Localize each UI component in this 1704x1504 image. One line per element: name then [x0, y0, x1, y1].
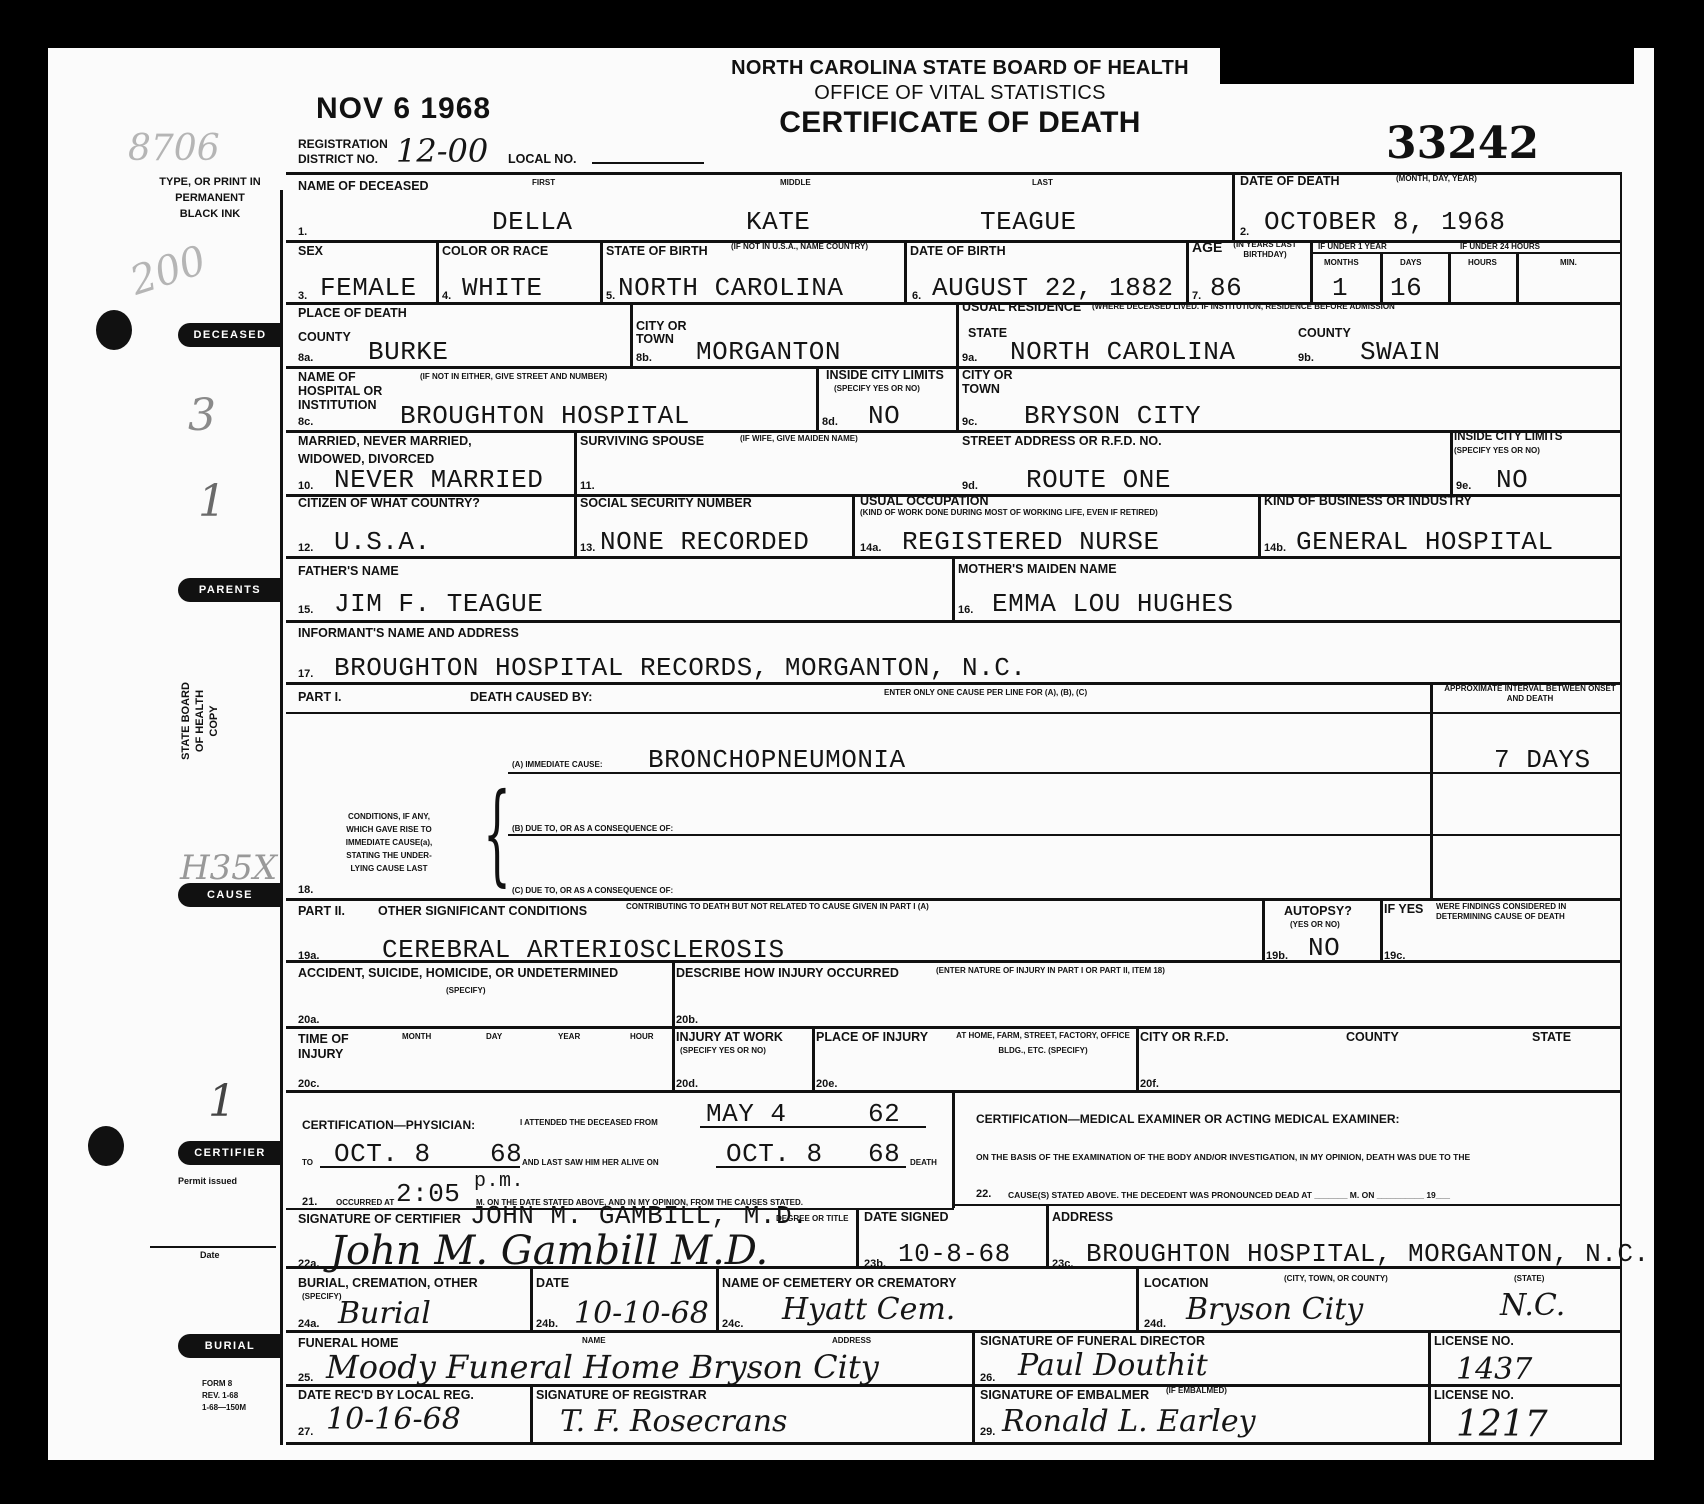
- physician-typed-name: JOHN M. GAMBILL, M.D.: [470, 1202, 808, 1230]
- ink-instructions: TYPE, OR PRINT IN PERMANENT BLACK INK: [140, 174, 280, 222]
- inside-limits-hint: (SPECIFY YES OR NO): [834, 384, 920, 394]
- form-bottom-border: [286, 1442, 1622, 1445]
- state-label: (STATE): [1514, 1274, 1544, 1284]
- certifier-address-label: ADDRESS: [1052, 1210, 1113, 1225]
- pencil-note: 8706: [128, 128, 220, 169]
- date-signed: 10-8-68: [898, 1240, 1011, 1268]
- date-of-death-label: DATE OF DEATH: [1240, 174, 1340, 189]
- part2-label: PART II.: [298, 904, 345, 919]
- attended-from-label: I ATTENDED THE DECEASED FROM: [520, 1118, 658, 1128]
- death-city: MORGANTON: [696, 338, 841, 366]
- director-license-label: LICENSE NO.: [1434, 1334, 1514, 1349]
- cemetery-label: NAME OF CEMETERY OR CREMATORY: [722, 1276, 957, 1291]
- injury-county-label: COUNTY: [1346, 1030, 1399, 1045]
- attended-to: OCT. 8: [334, 1140, 431, 1168]
- one-cause-hint: ENTER ONLY ONE CAUSE PER LINE FOR (a), (…: [884, 688, 1087, 698]
- row-line: [1310, 252, 1622, 254]
- name-label: NAME: [582, 1336, 606, 1346]
- registration-label: REGISTRATION: [298, 137, 388, 152]
- divider: [672, 960, 675, 1090]
- pencil-note: 1: [198, 476, 226, 527]
- permit-date-line: [150, 1246, 276, 1248]
- divider: [1136, 1266, 1139, 1330]
- location-label: LOCATION: [1144, 1276, 1208, 1291]
- place-of-death-label: PLACE OF DEATH: [298, 306, 407, 321]
- immediate-cause: BRONCHOPNEUMONIA: [648, 746, 906, 774]
- informant: BROUGHTON HOSPITAL RECORDS, MORGANTON, N…: [334, 654, 1026, 682]
- ssn-value: NONE RECORDED: [600, 528, 809, 556]
- embalmer-label: SIGNATURE OF EMBALMER: [980, 1388, 1149, 1403]
- divider: [1262, 898, 1265, 960]
- occupation: REGISTERED NURSE: [902, 528, 1160, 556]
- father-label: FATHER'S NAME: [298, 564, 399, 579]
- row-line: [286, 366, 1622, 369]
- if-yes-label: IF YES: [1384, 902, 1423, 917]
- autopsy-hint: (YES OR NO): [1290, 920, 1340, 930]
- pencil-note: 1: [208, 1076, 236, 1127]
- date-of-birth: AUGUST 22, 1882: [932, 274, 1174, 302]
- father-name: JIM F. TEAGUE: [334, 590, 543, 618]
- line-a: [508, 772, 1622, 774]
- sex-value: FEMALE: [320, 274, 417, 302]
- date-of-birth-label: DATE OF BIRTH: [910, 244, 1006, 259]
- certifier-address: BROUGHTON HOSPITAL, MORGANTON, N.C.: [1086, 1240, 1650, 1268]
- death-county: BURKE: [368, 338, 449, 366]
- res-inside-limits-label: INSIDE CITY LIMITS: [1454, 430, 1562, 445]
- marital-status: NEVER MARRIED: [334, 466, 543, 494]
- me-cert-label: CERTIFICATION—MEDICAL EXAMINER OR ACTING…: [976, 1112, 1400, 1127]
- divider: [1258, 494, 1261, 556]
- section-tab-certifier: CERTIFIER: [178, 1141, 282, 1165]
- days-label: DAYS: [1400, 258, 1422, 268]
- manner-label: ACCIDENT, SUICIDE, HOMICIDE, OR UNDETERM…: [298, 966, 618, 981]
- city-label: CITY OR TOWN: [636, 320, 696, 346]
- middle-label: MIDDLE: [780, 178, 811, 188]
- embalmer-signature: Ronald L. Earley: [1002, 1404, 1256, 1439]
- industry-label: KIND OF BUSINESS OR INDUSTRY: [1264, 494, 1472, 509]
- date-signed-label: DATE SIGNED: [864, 1210, 949, 1225]
- death-time: 2:05: [396, 1180, 460, 1208]
- residence-hint: (WHERE DECEASED LIVED. IF INSTITUTION, R…: [1092, 302, 1395, 312]
- industry: GENERAL HOSPITAL: [1296, 528, 1554, 556]
- disposition-hint: (SPECIFY): [302, 1292, 342, 1302]
- hospital-hint: (IF NOT IN EITHER, GIVE STREET AND NUMBE…: [420, 372, 607, 382]
- row-line: [286, 302, 1622, 305]
- location-hint: (CITY, TOWN, OR COUNTY): [1284, 1274, 1388, 1284]
- row-line: [286, 898, 1622, 901]
- time-day-label: DAY: [486, 1032, 502, 1042]
- min-label: MIN.: [1560, 258, 1577, 268]
- citizen-label: CITIZEN OF WHAT COUNTRY?: [298, 496, 480, 511]
- permit-date-label: Date: [200, 1250, 220, 1260]
- divider: [1232, 172, 1235, 240]
- divider: [436, 240, 439, 302]
- row-line: [286, 620, 1622, 623]
- funeral-director: Paul Douthit: [1018, 1348, 1208, 1383]
- disposition-label: BURIAL, CREMATION, OTHER: [298, 1276, 478, 1291]
- divider: [1380, 252, 1383, 302]
- days-value: 16: [1390, 274, 1422, 302]
- burial-date: 10-10-68: [574, 1296, 709, 1331]
- certificate-number: 33242: [1386, 118, 1539, 169]
- res-state-label: STATE: [968, 326, 1007, 341]
- row-line: [286, 960, 1622, 963]
- spouse-hint: (IF WIFE, GIVE MAIDEN NAME): [740, 434, 858, 444]
- scan-black-band: [1220, 48, 1634, 84]
- state-of-birth: NORTH CAROLINA: [618, 274, 843, 302]
- registrar-signature: T. F. Rosecrans: [560, 1404, 787, 1439]
- divider: [1448, 252, 1451, 302]
- county-label: COUNTY: [298, 330, 351, 345]
- part1-label: PART I.: [298, 690, 342, 705]
- state-of-birth-hint: (IF NOT IN U.S.A., NAME COUNTRY): [728, 242, 868, 252]
- occurred-label: OCCURRED AT: [336, 1198, 394, 1208]
- interval-label: APPROXIMATE INTERVAL BETWEEN ONSET AND D…: [1440, 684, 1620, 704]
- hours-label: HOURS: [1468, 258, 1497, 268]
- degree-label: DEGREE OR TITLE: [776, 1214, 848, 1224]
- me-text-2: CAUSE(S) STATED ABOVE. THE DECEDENT WAS …: [1008, 1190, 1450, 1200]
- row-line: [286, 430, 1622, 433]
- autopsy-value: NO: [1308, 934, 1340, 962]
- res-inside-limits: NO: [1496, 466, 1528, 494]
- physician-cert-label: CERTIFICATION—PHYSICIAN:: [302, 1118, 475, 1133]
- signature-label: SIGNATURE OF CERTIFIER: [298, 1212, 461, 1227]
- time-of-injury-label: TIME OF INJURY: [298, 1032, 368, 1062]
- divider: [530, 1384, 533, 1444]
- divider: [972, 1330, 975, 1444]
- sex-label: SEX: [298, 244, 323, 259]
- last-saw-date: OCT. 8: [726, 1140, 823, 1168]
- due-to-b-label: (b) DUE TO, OR AS A CONSEQUENCE OF:: [512, 824, 673, 834]
- burial-location: Bryson City: [1186, 1292, 1363, 1327]
- copy-label: STATE BOARD OF HEALTH COPY: [179, 671, 221, 771]
- age-hint: (IN YEARS LAST BIRTHDAY): [1224, 240, 1306, 260]
- attended-to-year: 68: [490, 1140, 522, 1168]
- director-label: SIGNATURE OF FUNERAL DIRECTOR: [980, 1334, 1205, 1349]
- office-name: OFFICE OF VITAL STATISTICS: [720, 82, 1200, 105]
- under-1-year-label: IF UNDER 1 YEAR: [1318, 242, 1387, 252]
- embalmer-license-label: LICENSE NO.: [1434, 1388, 1514, 1403]
- date-received: 10-16-68: [326, 1402, 461, 1437]
- row-line: [286, 682, 1622, 685]
- divider: [856, 1208, 859, 1266]
- months-value: 1: [1332, 274, 1348, 302]
- registrar-label: SIGNATURE OF REGISTRAR: [536, 1388, 707, 1403]
- divider: [600, 240, 603, 302]
- death-label: DEATH: [910, 1158, 937, 1168]
- street-label: STREET ADDRESS OR R.F.D. No.: [962, 434, 1162, 449]
- form-left-border: [280, 190, 283, 1445]
- punch-hole: [88, 1126, 124, 1166]
- divider: [952, 556, 955, 620]
- cemetery: Hyatt Cem.: [782, 1292, 955, 1327]
- burial-state: N.C.: [1500, 1288, 1565, 1323]
- district-number: 12-00: [396, 132, 488, 170]
- injury-desc-label: DESCRIBE HOW INJURY OCCURRED: [676, 966, 899, 981]
- manner-hint: (SPECIFY): [446, 986, 486, 996]
- local-no-label: LOCAL NO.: [508, 152, 577, 167]
- state-of-birth-label: STATE OF BIRTH: [606, 244, 708, 259]
- divider: [574, 430, 577, 494]
- section-tab-burial: BURIAL: [178, 1334, 282, 1358]
- informant-label: INFORMANT'S NAME AND ADDRESS: [298, 626, 519, 641]
- name-label: NAME OF DECEASED: [298, 179, 429, 194]
- local-no-line: [592, 162, 704, 164]
- last-label: LAST: [1032, 178, 1053, 188]
- time-hour-label: HOUR: [630, 1032, 654, 1042]
- divider: [812, 1026, 815, 1090]
- divider: [1136, 1026, 1139, 1090]
- attended-from: MAY 4: [706, 1100, 787, 1128]
- row-line: [286, 1266, 1622, 1269]
- section-tab-cause: CAUSE: [178, 883, 282, 907]
- punch-hole: [96, 310, 132, 350]
- pencil-note: H35X: [180, 848, 277, 888]
- date-hint: (MONTH, DAY, YEAR): [1396, 174, 1477, 184]
- last-saw-year: 68: [868, 1140, 900, 1168]
- inside-limits: NO: [868, 402, 900, 430]
- res-county-label: COUNTY: [1298, 326, 1351, 341]
- received-stamp: NOV 6 1968: [316, 92, 491, 126]
- permit-issued-label: Permit issued: [178, 1176, 237, 1186]
- place-of-injury-label: PLACE OF INJURY: [816, 1030, 928, 1045]
- due-to-c-label: (c) DUE TO, OR AS A CONSEQUENCE OF:: [512, 886, 673, 896]
- date-received-label: DATE REC'D BY LOCAL REG.: [298, 1388, 474, 1403]
- res-city: BRYSON CITY: [1024, 402, 1201, 430]
- time-year-label: YEAR: [558, 1032, 580, 1042]
- at-work-hint: (SPECIFY YES OR NO): [680, 1046, 766, 1056]
- race-label: COLOR OR RACE: [442, 244, 548, 259]
- citizenship: U.S.A.: [334, 528, 431, 556]
- other-conditions-label: OTHER SIGNIFICANT CONDITIONS: [378, 904, 587, 919]
- line-b: [508, 834, 1622, 836]
- divider: [904, 240, 907, 302]
- line: [716, 1166, 906, 1168]
- inside-limits-label: INSIDE CITY LIMITS: [826, 368, 944, 383]
- me-text: ON THE BASIS OF THE EXAMINATION OF THE B…: [976, 1152, 1470, 1162]
- row-line: [286, 712, 1622, 714]
- occupation-label: USUAL OCCUPATION: [860, 494, 988, 509]
- divider: [952, 1090, 955, 1208]
- at-work-label: INJURY AT WORK: [676, 1030, 783, 1045]
- page-title: CERTIFICATE OF DEATH: [720, 106, 1200, 140]
- divider: [1186, 240, 1189, 302]
- first-label: FIRST: [532, 178, 555, 188]
- attended-from-year: 62: [868, 1100, 900, 1128]
- city-rfd-label: CITY OR R.F.D.: [1140, 1030, 1229, 1045]
- divider: [816, 366, 819, 430]
- divider: [530, 1266, 533, 1330]
- time-month-label: MONTH: [402, 1032, 431, 1042]
- middle-name: KATE: [746, 208, 810, 236]
- divider: [1310, 240, 1313, 302]
- burial-date-label: DATE: [536, 1276, 569, 1291]
- age-label: AGE: [1192, 240, 1222, 255]
- place-of-injury-hint: AT HOME, FARM, STREET, FACTORY, OFFICE B…: [950, 1028, 1136, 1058]
- address-label: ADDRESS: [832, 1336, 871, 1346]
- to-label: TO: [302, 1158, 313, 1168]
- mother-label: MOTHER'S MAIDEN NAME: [958, 562, 1117, 577]
- res-city-label: CITY OR TOWN: [962, 368, 1022, 396]
- director-license: 1437: [1456, 1352, 1532, 1387]
- res-inside-limits-hint: (SPECIFY YES OR NO): [1454, 446, 1540, 456]
- divider: [716, 1266, 719, 1330]
- brace-icon: {: [483, 778, 511, 888]
- section-tab-deceased: DECEASED: [178, 323, 282, 347]
- autopsy-label: AUTOPSY?: [1284, 904, 1352, 919]
- row-line: [286, 1384, 1622, 1387]
- divider: [574, 494, 577, 556]
- conditions-note: CONDITIONS, IF ANY, WHICH GAVE RISE TO I…: [324, 810, 454, 875]
- last-name: TEAGUE: [980, 208, 1077, 236]
- row-line: [952, 1204, 1622, 1206]
- embalmer-license: 1217: [1456, 1404, 1548, 1445]
- findings-label: WERE FINDINGS CONSIDERED IN DETERMINING …: [1436, 902, 1622, 922]
- row-line: [286, 1330, 1622, 1333]
- street-address: ROUTE ONE: [1026, 466, 1171, 494]
- section-tab-parents: PARENTS: [178, 578, 282, 602]
- divider: [852, 494, 855, 556]
- pencil-note: 3: [188, 390, 216, 441]
- divider: [1450, 430, 1453, 494]
- divider: [1430, 682, 1433, 900]
- district-label: DISTRICT NO.: [298, 152, 378, 167]
- divider: [630, 302, 633, 366]
- res-county: SWAIN: [1360, 338, 1441, 366]
- disposition: Burial: [338, 1296, 431, 1331]
- last-saw-label: AND LAST SAW HIM HER ALIVE ON: [522, 1158, 659, 1168]
- injury-state-label: STATE: [1532, 1030, 1571, 1045]
- age-value: 86: [1210, 274, 1242, 302]
- divider: [1428, 1330, 1431, 1444]
- agency-name: NORTH CAROLINA STATE BOARD OF HEALTH: [720, 57, 1200, 80]
- spouse-label: SURVIVING SPOUSE: [580, 434, 704, 449]
- form-info: FORM 8 REV. 1-68 1-68—150M: [202, 1378, 262, 1414]
- divider: [1046, 1204, 1049, 1266]
- first-name: DELLA: [492, 208, 573, 236]
- immediate-interval: 7 DAYS: [1494, 746, 1591, 774]
- hospital-label: NAME OF HOSPITAL OR INSTITUTION: [298, 370, 408, 412]
- embalmer-hint: (IF EMBALMED): [1166, 1386, 1227, 1396]
- funeral-home: Moody Funeral Home Bryson City: [326, 1348, 879, 1386]
- occupation-hint: (KIND OF WORK DONE DURING MOST OF WORKIN…: [860, 508, 1220, 518]
- row-line: [286, 240, 1622, 243]
- under-24-hours-label: IF UNDER 24 HOURS: [1460, 242, 1540, 252]
- ssn-label: SOCIAL SECURITY NUMBER: [580, 496, 752, 511]
- other-conditions-hint: CONTRIBUTING TO DEATH BUT NOT RELATED TO…: [626, 902, 929, 912]
- residence-label: USUAL RESIDENCE: [962, 300, 1081, 315]
- immediate-cause-label: (a) IMMEDIATE CAUSE:: [512, 760, 603, 770]
- mother-name: EMMA LOU HUGHES: [992, 590, 1234, 618]
- divider: [1380, 898, 1383, 960]
- divider: [1516, 252, 1519, 302]
- marital-label: MARRIED, NEVER MARRIED,: [298, 434, 472, 449]
- race-value: WHITE: [462, 274, 543, 302]
- res-state: NORTH CAROLINA: [1010, 338, 1235, 366]
- date-of-death: OCTOBER 8, 1968: [1264, 208, 1506, 236]
- injury-desc-hint: (ENTER NATURE OF INJURY IN PART I OR PAR…: [936, 966, 1165, 976]
- hospital-name: BROUGHTON HOSPITAL: [400, 402, 690, 430]
- caused-by-label: DEATH CAUSED BY:: [470, 690, 592, 705]
- months-label: MONTHS: [1324, 258, 1359, 268]
- death-ampm: p.m.: [474, 1168, 524, 1196]
